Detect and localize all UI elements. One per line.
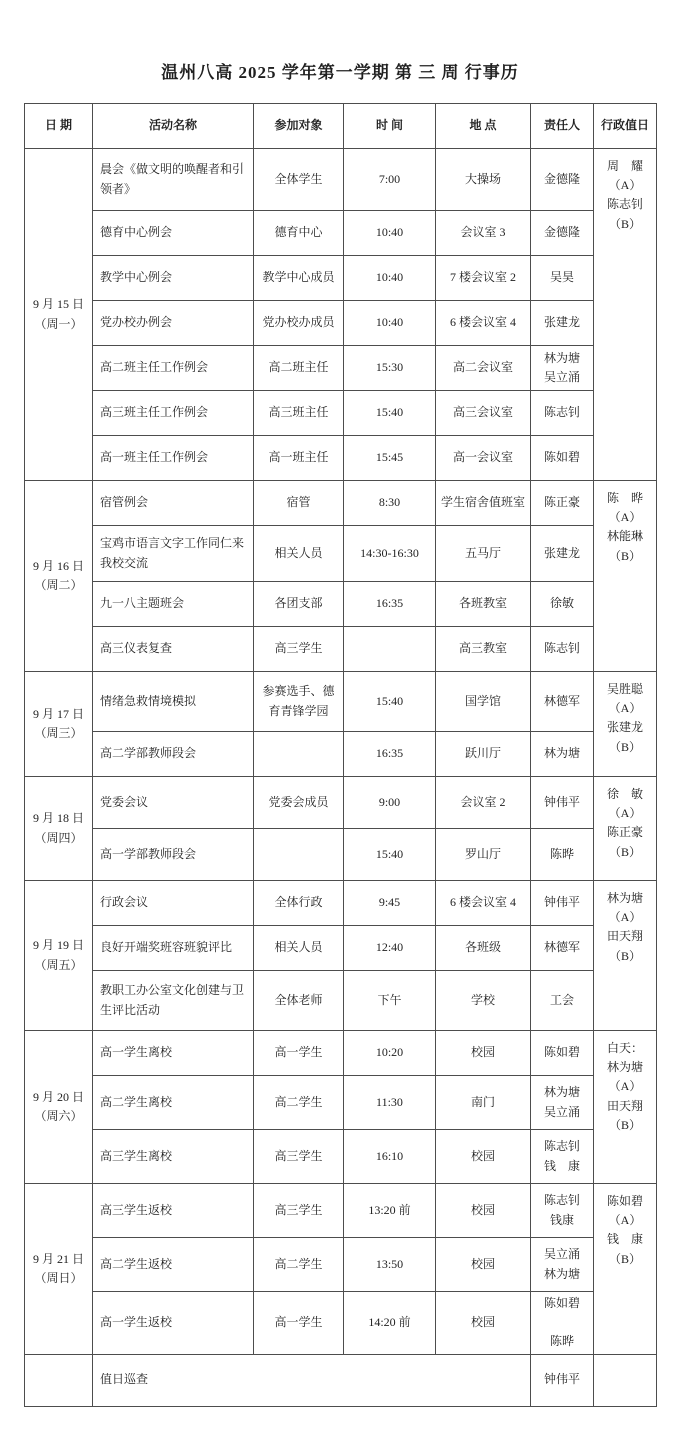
activity-cell: 晨会《做文明的唤醒者和引领者》 [93, 149, 254, 211]
location-cell: 校园 [436, 1292, 531, 1355]
location-cell: 各班级 [436, 926, 531, 971]
responsible-cell: 林德军 [531, 672, 594, 732]
activity-cell: 高二学部教师段会 [93, 732, 254, 777]
table-row: 高一学部教师段会 15:40 罗山厅 陈晔 [25, 829, 657, 881]
header-location: 地 点 [436, 104, 531, 149]
activity-cell: 良好开端奖班容班貌评比 [93, 926, 254, 971]
activity-cell: 教学中心例会 [93, 256, 254, 301]
activity-cell: 高一学生返校 [93, 1292, 254, 1355]
header-duty: 行政值日 [594, 104, 657, 149]
table-row: 9 月 19 日 （周五） 行政会议 全体行政 9:45 6 楼会议室 4 钟伟… [25, 881, 657, 926]
location-cell: 罗山厅 [436, 829, 531, 881]
duty-cell: 徐 敏 （A） 陈正豪 （B） [594, 777, 657, 881]
location-cell: 6 楼会议室 4 [436, 881, 531, 926]
location-cell: 高二会议室 [436, 346, 531, 391]
time-cell: 13:50 [344, 1238, 436, 1292]
duty-cell: 吴胜聪 （A） 张建龙 （B） [594, 672, 657, 777]
time-cell: 16:35 [344, 732, 436, 777]
time-cell [344, 627, 436, 672]
participants-cell: 教学中心成员 [254, 256, 344, 301]
table-row: 9 月 17 日 （周三） 情绪急救情境模拟 参赛选手、德育青锋学园 15:40… [25, 672, 657, 732]
page-title: 温州八高 2025 学年第一学期 第 三 周 行事历 [24, 58, 656, 83]
time-cell: 14:30-16:30 [344, 526, 436, 582]
participants-cell [254, 732, 344, 777]
responsible-cell: 林为塘 [531, 732, 594, 777]
time-cell: 9:45 [344, 881, 436, 926]
activity-cell: 高二学生返校 [93, 1238, 254, 1292]
location-cell: 校园 [436, 1130, 531, 1184]
responsible-cell: 张建龙 [531, 526, 594, 582]
responsible-cell: 吴立涌 林为塘 [531, 1238, 594, 1292]
responsible-cell: 金德隆 [531, 149, 594, 211]
participants-cell: 高三学生 [254, 1184, 344, 1238]
participants-cell: 全体老师 [254, 971, 344, 1031]
time-cell: 8:30 [344, 481, 436, 526]
responsible-cell: 陈志钊 [531, 627, 594, 672]
time-cell: 16:35 [344, 582, 436, 627]
date-cell: 9 月 16 日 （周二） [25, 481, 93, 672]
location-cell: 高三教室 [436, 627, 531, 672]
duty-cell: 林为塘 （A） 田天翔 （B） [594, 881, 657, 1031]
activity-cell: 德育中心例会 [93, 211, 254, 256]
location-cell: 五马厅 [436, 526, 531, 582]
activity-cell: 值日巡查 [93, 1354, 531, 1406]
activity-cell: 党办校办例会 [93, 301, 254, 346]
activity-cell: 高二学生离校 [93, 1076, 254, 1130]
activity-cell: 高三仪表复查 [93, 627, 254, 672]
activity-cell: 高三班主任工作例会 [93, 391, 254, 436]
time-cell: 10:40 [344, 211, 436, 256]
responsible-cell: 钟伟平 [531, 881, 594, 926]
location-cell: 大操场 [436, 149, 531, 211]
header-activity: 活动名称 [93, 104, 254, 149]
table-row: 高二学生返校 高二学生 13:50 校园 吴立涌 林为塘 [25, 1238, 657, 1292]
time-cell: 15:40 [344, 672, 436, 732]
time-cell: 9:00 [344, 777, 436, 829]
table-row: 高一学生返校 高一学生 14:20 前 校园 陈如碧 陈晔 [25, 1292, 657, 1355]
time-cell: 15:30 [344, 346, 436, 391]
participants-cell: 高一学生 [254, 1031, 344, 1076]
table-row: 值日巡查 钟伟平 [25, 1354, 657, 1406]
activity-cell: 教职工办公室文化创建与卫生评比活动 [93, 971, 254, 1031]
activity-cell: 宝鸡市语言文字工作同仁来我校交流 [93, 526, 254, 582]
time-cell: 15:40 [344, 829, 436, 881]
header-time: 时 间 [344, 104, 436, 149]
duty-cell: 陈 晔 （A） 林能琳 （B） [594, 481, 657, 672]
table-row: 高三仪表复查 高三学生 高三教室 陈志钊 [25, 627, 657, 672]
time-cell: 16:10 [344, 1130, 436, 1184]
responsible-cell: 林为塘 吴立涌 [531, 346, 594, 391]
table-row: 九一八主题班会 各团支部 16:35 各班教室 徐敏 [25, 582, 657, 627]
table-row: 高二班主任工作例会 高二班主任 15:30 高二会议室 林为塘 吴立涌 [25, 346, 657, 391]
activity-cell: 高二班主任工作例会 [93, 346, 254, 391]
table-row: 9 月 20 日 （周六） 高一学生离校 高一学生 10:20 校园 陈如碧 白… [25, 1031, 657, 1076]
participants-cell: 德育中心 [254, 211, 344, 256]
activity-cell: 宿管例会 [93, 481, 254, 526]
weekly-schedule-table: 日 期 活动名称 参加对象 时 间 地 点 责任人 行政值日 9 月 15 日 … [24, 103, 657, 1407]
table-row: 9 月 18 日 （周四） 党委会议 党委会成员 9:00 会议室 2 钟伟平 … [25, 777, 657, 829]
responsible-cell: 陈如碧 [531, 436, 594, 481]
location-cell: 校园 [436, 1031, 531, 1076]
table-row: 良好开端奖班容班貌评比 相关人员 12:40 各班级 林德军 [25, 926, 657, 971]
participants-cell: 宿管 [254, 481, 344, 526]
responsible-cell: 林为塘 吴立涌 [531, 1076, 594, 1130]
location-cell: 校园 [436, 1184, 531, 1238]
date-cell: 9 月 21 日 （周日） [25, 1184, 93, 1355]
duty-cell: 陈如碧 （A） 钱 康 （B） [594, 1184, 657, 1355]
activity-cell: 高一学部教师段会 [93, 829, 254, 881]
table-row: 德育中心例会 德育中心 10:40 会议室 3 金德隆 [25, 211, 657, 256]
participants-cell: 相关人员 [254, 926, 344, 971]
time-cell: 14:20 前 [344, 1292, 436, 1355]
table-row: 高二学生离校 高二学生 11:30 南门 林为塘 吴立涌 [25, 1076, 657, 1130]
table-row: 9 月 15 日 （周一） 晨会《做文明的唤醒者和引领者》 全体学生 7:00 … [25, 149, 657, 211]
location-cell: 会议室 3 [436, 211, 531, 256]
responsible-cell: 张建龙 [531, 301, 594, 346]
table-row: 教职工办公室文化创建与卫生评比活动 全体老师 下午 学校 工会 [25, 971, 657, 1031]
responsible-cell: 工会 [531, 971, 594, 1031]
activity-cell: 党委会议 [93, 777, 254, 829]
location-cell: 学生宿舍值班室 [436, 481, 531, 526]
location-cell: 6 楼会议室 4 [436, 301, 531, 346]
responsible-cell: 陈志钊 钱 康 [531, 1130, 594, 1184]
location-cell: 各班教室 [436, 582, 531, 627]
responsible-cell: 陈如碧 [531, 1031, 594, 1076]
table-row: 高一班主任工作例会 高一班主任 15:45 高一会议室 陈如碧 [25, 436, 657, 481]
location-cell: 7 楼会议室 2 [436, 256, 531, 301]
activity-cell: 情绪急救情境模拟 [93, 672, 254, 732]
participants-cell: 高三班主任 [254, 391, 344, 436]
responsible-cell: 陈志钊 钱康 [531, 1184, 594, 1238]
table-row: 高三班主任工作例会 高三班主任 15:40 高三会议室 陈志钊 [25, 391, 657, 436]
time-cell: 15:40 [344, 391, 436, 436]
responsible-cell: 钟伟平 [531, 777, 594, 829]
participants-cell: 党委会成员 [254, 777, 344, 829]
location-cell: 高一会议室 [436, 436, 531, 481]
time-cell: 7:00 [344, 149, 436, 211]
participants-cell: 高二学生 [254, 1238, 344, 1292]
location-cell: 南门 [436, 1076, 531, 1130]
time-cell: 13:20 前 [344, 1184, 436, 1238]
responsible-cell: 徐敏 [531, 582, 594, 627]
time-cell: 12:40 [344, 926, 436, 971]
duty-cell: 白天： 林为塘 （A） 田天翔 （B） [594, 1031, 657, 1184]
header-row: 日 期 活动名称 参加对象 时 间 地 点 责任人 行政值日 [25, 104, 657, 149]
table-row: 9 月 21 日 （周日） 高三学生返校 高三学生 13:20 前 校园 陈志钊… [25, 1184, 657, 1238]
responsible-cell: 金德隆 [531, 211, 594, 256]
activity-cell: 高一班主任工作例会 [93, 436, 254, 481]
participants-cell: 全体行政 [254, 881, 344, 926]
participants-cell [254, 829, 344, 881]
participants-cell: 全体学生 [254, 149, 344, 211]
date-cell: 9 月 18 日 （周四） [25, 777, 93, 881]
location-cell: 学校 [436, 971, 531, 1031]
activity-cell: 九一八主题班会 [93, 582, 254, 627]
location-cell: 高三会议室 [436, 391, 531, 436]
activity-cell: 高一学生离校 [93, 1031, 254, 1076]
date-cell: 9 月 17 日 （周三） [25, 672, 93, 777]
table-row: 党办校办例会 党办校办成员 10:40 6 楼会议室 4 张建龙 [25, 301, 657, 346]
table-row: 教学中心例会 教学中心成员 10:40 7 楼会议室 2 吴昊 [25, 256, 657, 301]
date-cell: 9 月 20 日 （周六） [25, 1031, 93, 1184]
responsible-cell: 陈志钊 [531, 391, 594, 436]
responsible-cell: 林德军 [531, 926, 594, 971]
participants-cell: 相关人员 [254, 526, 344, 582]
responsible-cell: 钟伟平 [531, 1354, 594, 1406]
responsible-cell: 陈正豪 [531, 481, 594, 526]
activity-cell: 高三学生离校 [93, 1130, 254, 1184]
participants-cell: 各团支部 [254, 582, 344, 627]
activity-cell: 高三学生返校 [93, 1184, 254, 1238]
location-cell: 校园 [436, 1238, 531, 1292]
table-row: 高二学部教师段会 16:35 跃川厅 林为塘 [25, 732, 657, 777]
participants-cell: 高二学生 [254, 1076, 344, 1130]
participants-cell: 参赛选手、德育青锋学园 [254, 672, 344, 732]
location-cell: 跃川厅 [436, 732, 531, 777]
location-cell: 会议室 2 [436, 777, 531, 829]
header-responsible: 责任人 [531, 104, 594, 149]
time-cell: 10:40 [344, 301, 436, 346]
responsible-cell: 陈晔 [531, 829, 594, 881]
date-cell-empty [25, 1354, 93, 1406]
participants-cell: 高一学生 [254, 1292, 344, 1355]
activity-cell: 行政会议 [93, 881, 254, 926]
duty-cell-empty [594, 1354, 657, 1406]
time-cell: 11:30 [344, 1076, 436, 1130]
time-cell: 10:40 [344, 256, 436, 301]
participants-cell: 高二班主任 [254, 346, 344, 391]
time-cell: 15:45 [344, 436, 436, 481]
location-cell: 国学馆 [436, 672, 531, 732]
document-page: 温州八高 2025 学年第一学期 第 三 周 行事历 日 期 活动名称 参加对象… [0, 0, 680, 1443]
participants-cell: 高一班主任 [254, 436, 344, 481]
participants-cell: 高三学生 [254, 1130, 344, 1184]
participants-cell: 高三学生 [254, 627, 344, 672]
responsible-cell: 吴昊 [531, 256, 594, 301]
table-row: 9 月 16 日 （周二） 宿管例会 宿管 8:30 学生宿舍值班室 陈正豪 陈… [25, 481, 657, 526]
participants-cell: 党办校办成员 [254, 301, 344, 346]
table-row: 高三学生离校 高三学生 16:10 校园 陈志钊 钱 康 [25, 1130, 657, 1184]
duty-cell: 周 耀 （A） 陈志钊 （B） [594, 149, 657, 481]
time-cell: 10:20 [344, 1031, 436, 1076]
date-cell: 9 月 15 日 （周一） [25, 149, 93, 481]
date-cell: 9 月 19 日 （周五） [25, 881, 93, 1031]
header-participants: 参加对象 [254, 104, 344, 149]
responsible-cell: 陈如碧 陈晔 [531, 1292, 594, 1355]
time-cell: 下午 [344, 971, 436, 1031]
table-row: 宝鸡市语言文字工作同仁来我校交流 相关人员 14:30-16:30 五马厅 张建… [25, 526, 657, 582]
header-date: 日 期 [25, 104, 93, 149]
